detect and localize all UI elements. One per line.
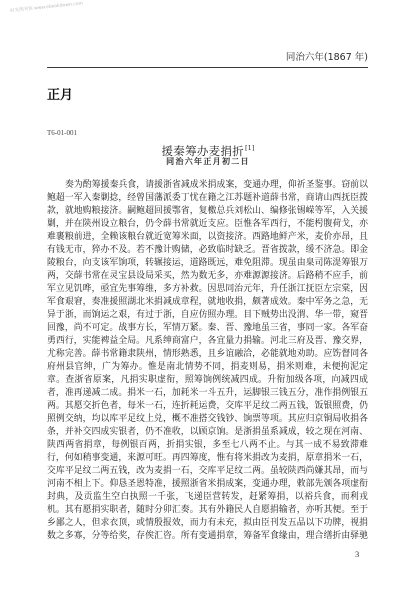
body-line: 机。其有愿捐实职者，随时分卯汇奏。其有外籍民人自愿捐输者，亦听其便。至于	[47, 504, 368, 517]
document-body: 奏为酌筹援秦兵食，请援浙省减成米捐成案，变通办理，仰祈圣鉴事。窃前以 鲍超一军入…	[47, 179, 368, 543]
body-line: 回豫，尚不可定。战事方长，军情万紧。秦、晋、豫地虽三省，事同一家。各军奋	[47, 322, 368, 335]
body-line: 河南不相上下。仰恳圣恩特准，援照浙省米捐成案，变通办理，敕部先颁各项虚衔	[47, 478, 368, 491]
body-line: 行，何如稍事变通，来源可旺。再四筹度，惟有将米捐改为麦捐，原章捐米一石，	[47, 452, 368, 465]
body-line: 军立见饥哗，亟宜先事筹维，多方补救。因思同治元年，升任浙江抚臣左宗棠，因	[47, 283, 368, 296]
footnote-reference[interactable]: [1]	[245, 145, 254, 152]
document-id: T6-01-001	[47, 128, 77, 138]
body-line: 款，就地购粮接济。嗣鲍超回援鄂省，复檄总兵刘松山、编修张锡嵘等军，入关援	[47, 205, 368, 218]
body-line: 剿，并在陕州设立粮台，仍令薛书常就近支应。臣惟各军西行，不能枵腹荷戈，亦	[47, 218, 368, 231]
running-header-year: 同治六年(1867 年)	[286, 51, 368, 64]
body-line: 军食艰窘，奏准援照湖北米捐减成章程，就地收捐，颇著成效。秦中军务之急，无	[47, 296, 368, 309]
section-heading-month: 正月	[47, 88, 73, 104]
body-line: 乡鄙之人，但求衣顶，或情殷报效，而力有未充，拟由臣刊发五品以下功牌，视捐	[47, 517, 368, 530]
body-line: 难裹粮前进，全赖该粮台就近宽筹米面，以资接济。西路地鲜产米，麦价亦昂，且	[47, 231, 368, 244]
body-line: 奏为酌筹援秦兵食，请援浙省减成米捐成案，变通办理，仰祈圣鉴事。窃前以	[47, 179, 368, 192]
body-line: 异于浙，而饷运之艰，有过于浙，自应仿照办理。目下贼势出没渭、华一带，窥晋	[47, 309, 368, 322]
body-line: 者，准再递减二成。捐米一石，加耗米一斗五升，运脚银三钱五分，准作捐例银五	[47, 387, 368, 400]
document-date: 同治六年正月初二日	[0, 156, 416, 167]
body-line: 交库平足纹二两五钱，改为麦捐一石，交库平足纹二两。虽较陕西尚嫌其昂，而与	[47, 465, 368, 478]
watermark: 时光图书馆 www.ebookdown.com	[10, 0, 83, 14]
body-line: 鲍超一军入秦剿捻，经曾国藩派委丁忧在籍之江苏题补道薛书常，商请山西抚臣拨	[47, 192, 368, 205]
body-line: 陕西两省捐章，每例银百两，折捐实银，多至七八两不止。与其一成不易致滞难	[47, 439, 368, 452]
body-line: 陵粮台，向支该军饷项，转辗接运，道路既远，难免阻滞。现虽由臬司陈湜筹银万	[47, 257, 368, 270]
header-rule	[47, 67, 368, 68]
page-number: 3	[355, 548, 359, 560]
body-line: 封典，及贡监生空白执照一千张，飞递臣营转发，赶紧筹捐，以裕兵食，而利戎	[47, 491, 368, 504]
body-line: 尤称完善。薛书常籍隶陕州，情形熟悉，且乡谊融洽，必能就地劝助。应饬督同各	[47, 348, 368, 361]
body-line: 两。其愿交折色者，每米一石，连折耗运费，交库平足纹二两五钱，饭银照费，仍	[47, 400, 368, 413]
body-line: 有钱无市，猝办不及。若不豫计购储，必致临时缺乏。晋省拨款，缓不济急。即金	[47, 244, 368, 257]
body-line: 章。查浙省原案，凡捐实职虚衔，照筹饷例统减四成。升衔加级各项，向减四成	[47, 374, 368, 387]
body-line: 勇西行，实能裨益全局。凡系绅商富户，各宜量力捐输。河北三府及晋、豫交界，	[47, 335, 368, 348]
body-line: 两，交薛书常在灵宝县设局采买，然为数无多，亦难源源接济。后路稍不应手，前	[47, 270, 368, 283]
body-line: 数之多寡，分等给奖，存俟汇咨。所有变通捐章，筹备军食缘由，理合缮折由驿驰	[47, 530, 368, 543]
body-line: 府州县官绅，广为筹办。惟是南北情势不同，捐麦则易，捐米则难，未便拘泥定	[47, 361, 368, 374]
body-line: 条，并补交四成实银者，仍不准收，以顾京饷。是浙捐虽系减成，较之现在河南、	[47, 426, 368, 439]
body-line: 照例交纳，均以库平足纹上兑，概不准搭交钱钞、饷票等项。其应归京铜局收捐各	[47, 413, 368, 426]
